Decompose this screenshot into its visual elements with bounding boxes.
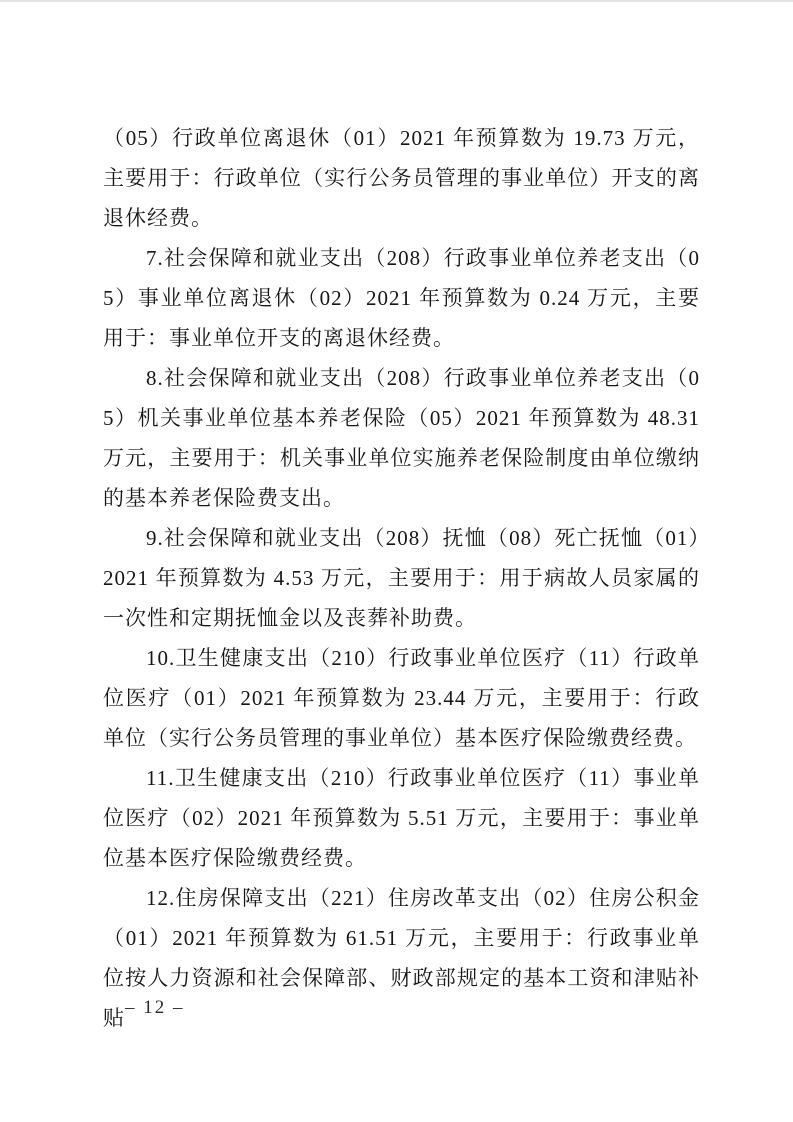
page-top-scan-edge (0, 0, 793, 2)
paragraph-10-health-admin-medical: 10.卫生健康支出（210）行政事业单位医疗（11）行政单位医疗（01）2021… (103, 638, 700, 758)
paragraph-8-social-security-basic-pension: 8.社会保障和就业支出（208）行政事业单位养老支出（05）机关事业单位基本养老… (103, 358, 700, 518)
paragraph-12-housing-fund: 12.住房保障支出（221）住房改革支出（02）住房公积金（01）2021 年预… (103, 878, 700, 1038)
body-text-block: （05）行政单位离退休（01）2021 年预算数为 19.73 万元，主要用于：… (103, 118, 700, 1038)
page-number: – 12 – (125, 997, 185, 1019)
paragraph-11-health-institution-medical: 11.卫生健康支出（210）行政事业单位医疗（11）事业单位医疗（02）2021… (103, 758, 700, 878)
paragraph-pension-admin-retiree-continuation: （05）行政单位离退休（01）2021 年预算数为 19.73 万元，主要用于：… (103, 118, 700, 238)
document-page: （05）行政单位离退休（01）2021 年预算数为 19.73 万元，主要用于：… (0, 0, 793, 1122)
paragraph-7-social-security-institution-retiree: 7.社会保障和就业支出（208）行政事业单位养老支出（05）事业单位离退休（02… (103, 238, 700, 358)
paragraph-9-death-compensation: 9.社会保障和就业支出（208）抚恤（08）死亡抚恤（01）2021 年预算数为… (103, 518, 700, 638)
